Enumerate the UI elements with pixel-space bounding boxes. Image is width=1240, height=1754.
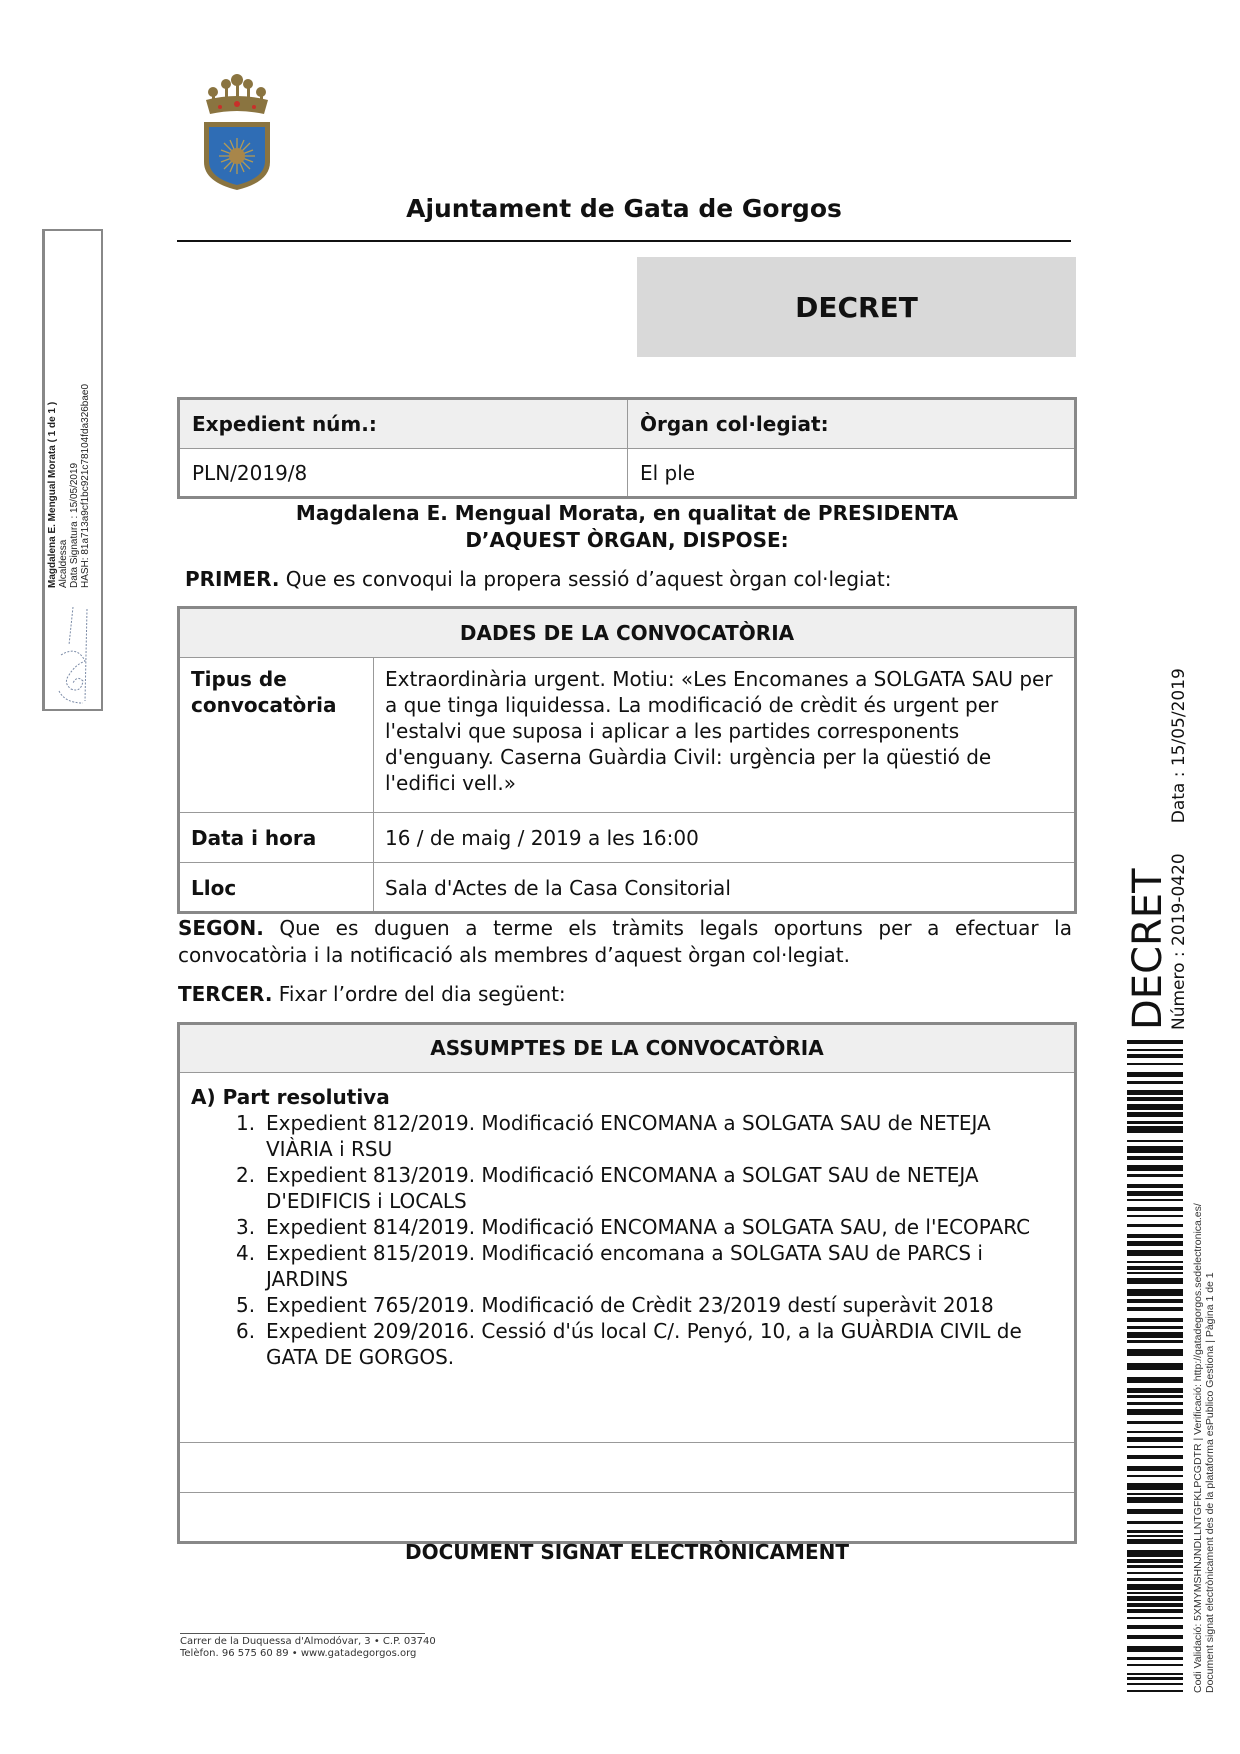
footer-address-line: Carrer de la Duquessa d'Almodóvar, 3 • C…	[180, 1636, 436, 1648]
item-number: 5.	[236, 1292, 255, 1318]
item-number: 1.	[236, 1110, 255, 1136]
item-text: Expedient 813/2019. Modificació ENCOMANA…	[266, 1163, 979, 1213]
item-text: Expedient 814/2019. Modificació ENCOMANA…	[266, 1215, 1030, 1239]
presidenta-line-1: Magdalena E. Mengual Morata, en qualitat…	[177, 500, 1077, 527]
tercer-clause: TERCER. Fixar l’ordre del dia següent:	[178, 981, 1072, 1008]
item-number: 2.	[236, 1162, 255, 1188]
item-text: Expedient 765/2019. Modificació de Crèdi…	[266, 1293, 994, 1317]
list-item: 1.Expedient 812/2019. Modificació ENCOMA…	[236, 1110, 1063, 1162]
signer-role: Alcaldessa	[58, 384, 69, 588]
assumptes-body: A) Part resolutiva 1.Expedient 812/2019.…	[179, 1073, 1076, 1443]
expedient-number-header: Expedient núm.:	[179, 399, 628, 449]
item-number: 6.	[236, 1318, 255, 1344]
stamp-title: DECRET	[1128, 668, 1168, 1030]
presidenta-statement: Magdalena E. Mengual Morata, en qualitat…	[177, 500, 1077, 554]
document-type-label: DECRET	[795, 291, 918, 324]
primer-label: PRIMER.	[185, 567, 279, 591]
row-value: Sala d'Actes de la Casa Consitorial	[374, 863, 1076, 913]
verification-platform: Document signat electrònicament des de l…	[1204, 1203, 1216, 1693]
list-item: 5.Expedient 765/2019. Modificació de Crè…	[236, 1292, 1063, 1318]
segon-text: Que es duguen a terme els tràmits legals…	[178, 916, 1072, 967]
header-divider	[177, 240, 1071, 242]
signer-name: Magdalena E. Mengual Morata ( 1 de 1 )	[47, 384, 58, 588]
organization-name: Ajuntament de Gata de Gorgos	[177, 194, 1071, 223]
presidenta-line-2: D’AQUEST ÒRGAN, DISPOSE:	[177, 527, 1077, 554]
handwritten-signature-icon	[55, 605, 100, 705]
assumptes-table: ASSUMPTES DE LA CONVOCATÒRIA A) Part res…	[177, 1022, 1077, 1544]
item-text: Expedient 815/2019. Modificació encomana…	[266, 1241, 983, 1291]
row-value: 16 / de maig / 2019 a les 16:00	[374, 813, 1076, 863]
stamp-date: Data : 15/05/2019	[1169, 668, 1189, 823]
item-text: Expedient 209/2016. Cessió d'ús local C/…	[266, 1319, 1022, 1369]
footer-address: Carrer de la Duquessa d'Almodóvar, 3 • C…	[180, 1636, 436, 1660]
footer-contact-line: Telèfon. 96 575 60 89 • www.gatadegorgos…	[180, 1648, 436, 1660]
assumptes-title: ASSUMPTES DE LA CONVOCATÒRIA	[179, 1024, 1076, 1073]
list-item: 4.Expedient 815/2019. Modificació encoma…	[236, 1240, 1063, 1292]
segon-clause: SEGON. Que es duguen a terme els tràmits…	[178, 915, 1072, 969]
row-label: Tipus de convocatòria	[179, 658, 374, 813]
empty-row	[179, 1443, 1076, 1493]
empty-row	[179, 1493, 1076, 1543]
primer-text: Que es convoqui la propera sessió d’aque…	[279, 567, 891, 591]
expedient-number-value: PLN/2019/8	[179, 449, 628, 498]
item-text: Expedient 812/2019. Modificació ENCOMANA…	[266, 1111, 991, 1161]
agenda-list: 1.Expedient 812/2019. Modificació ENCOMA…	[236, 1110, 1063, 1370]
tercer-label: TERCER.	[178, 982, 272, 1006]
table-row: Tipus de convocatòria Extraordinària urg…	[179, 658, 1076, 813]
segon-label: SEGON.	[178, 916, 264, 940]
signature-details: Magdalena E. Mengual Morata ( 1 de 1 ) A…	[47, 384, 91, 588]
barcode-icon	[1127, 1040, 1183, 1692]
signature-date: Data Signatura : 15/05/2019	[69, 384, 80, 588]
list-item: 3.Expedient 814/2019. Modificació ENCOMA…	[236, 1214, 1063, 1240]
row-label: Lloc	[179, 863, 374, 913]
row-value: Extraordinària urgent. Motiu: «Les Encom…	[374, 658, 1076, 813]
convocatoria-table: DADES DE LA CONVOCATÒRIA Tipus de convoc…	[177, 606, 1077, 914]
verification-code: Codi Validació: 5XMYMSHNJNDLLNTGFKLPCGDT…	[1192, 1203, 1204, 1693]
decree-stamp: DECRET Número : 2019-0420Data : 15/05/20…	[1128, 668, 1190, 1030]
list-item: 6.Expedient 209/2016. Cessió d'ús local …	[236, 1318, 1063, 1370]
organ-value: El ple	[628, 449, 1076, 498]
signature-hash: HASH: 81a713a9cf1bc921c78104fda326bae0	[80, 384, 91, 588]
organ-header: Òrgan col·legiat:	[628, 399, 1076, 449]
item-number: 3.	[236, 1214, 255, 1240]
verification-text: Codi Validació: 5XMYMSHNJNDLLNTGFKLPCGDT…	[1192, 1203, 1216, 1693]
row-label: Data i hora	[179, 813, 374, 863]
footer-divider	[180, 1633, 425, 1634]
table-row: Lloc Sala d'Actes de la Casa Consitorial	[179, 863, 1076, 913]
stamp-number: Número : 2019-0420	[1169, 853, 1189, 1030]
convocatoria-title: DADES DE LA CONVOCATÒRIA	[179, 608, 1076, 658]
stamp-info: Número : 2019-0420Data : 15/05/2019	[1168, 668, 1190, 1030]
tercer-text: Fixar l’ordre del dia següent:	[272, 982, 565, 1006]
coat-of-arms-icon	[200, 70, 274, 192]
item-number: 4.	[236, 1240, 255, 1266]
signed-notice: DOCUMENT SIGNAT ELECTRÒNICAMENT	[177, 1540, 1077, 1564]
primer-clause: PRIMER. Que es convoqui la propera sessi…	[185, 566, 1079, 593]
table-row: Data i hora 16 / de maig / 2019 a les 16…	[179, 813, 1076, 863]
list-item: 2.Expedient 813/2019. Modificació ENCOMA…	[236, 1162, 1063, 1214]
document-type-box: DECRET	[637, 257, 1076, 357]
expedient-table: Expedient núm.: Òrgan col·legiat: PLN/20…	[177, 397, 1077, 499]
part-resolutiva-title: A) Part resolutiva	[191, 1084, 1063, 1110]
